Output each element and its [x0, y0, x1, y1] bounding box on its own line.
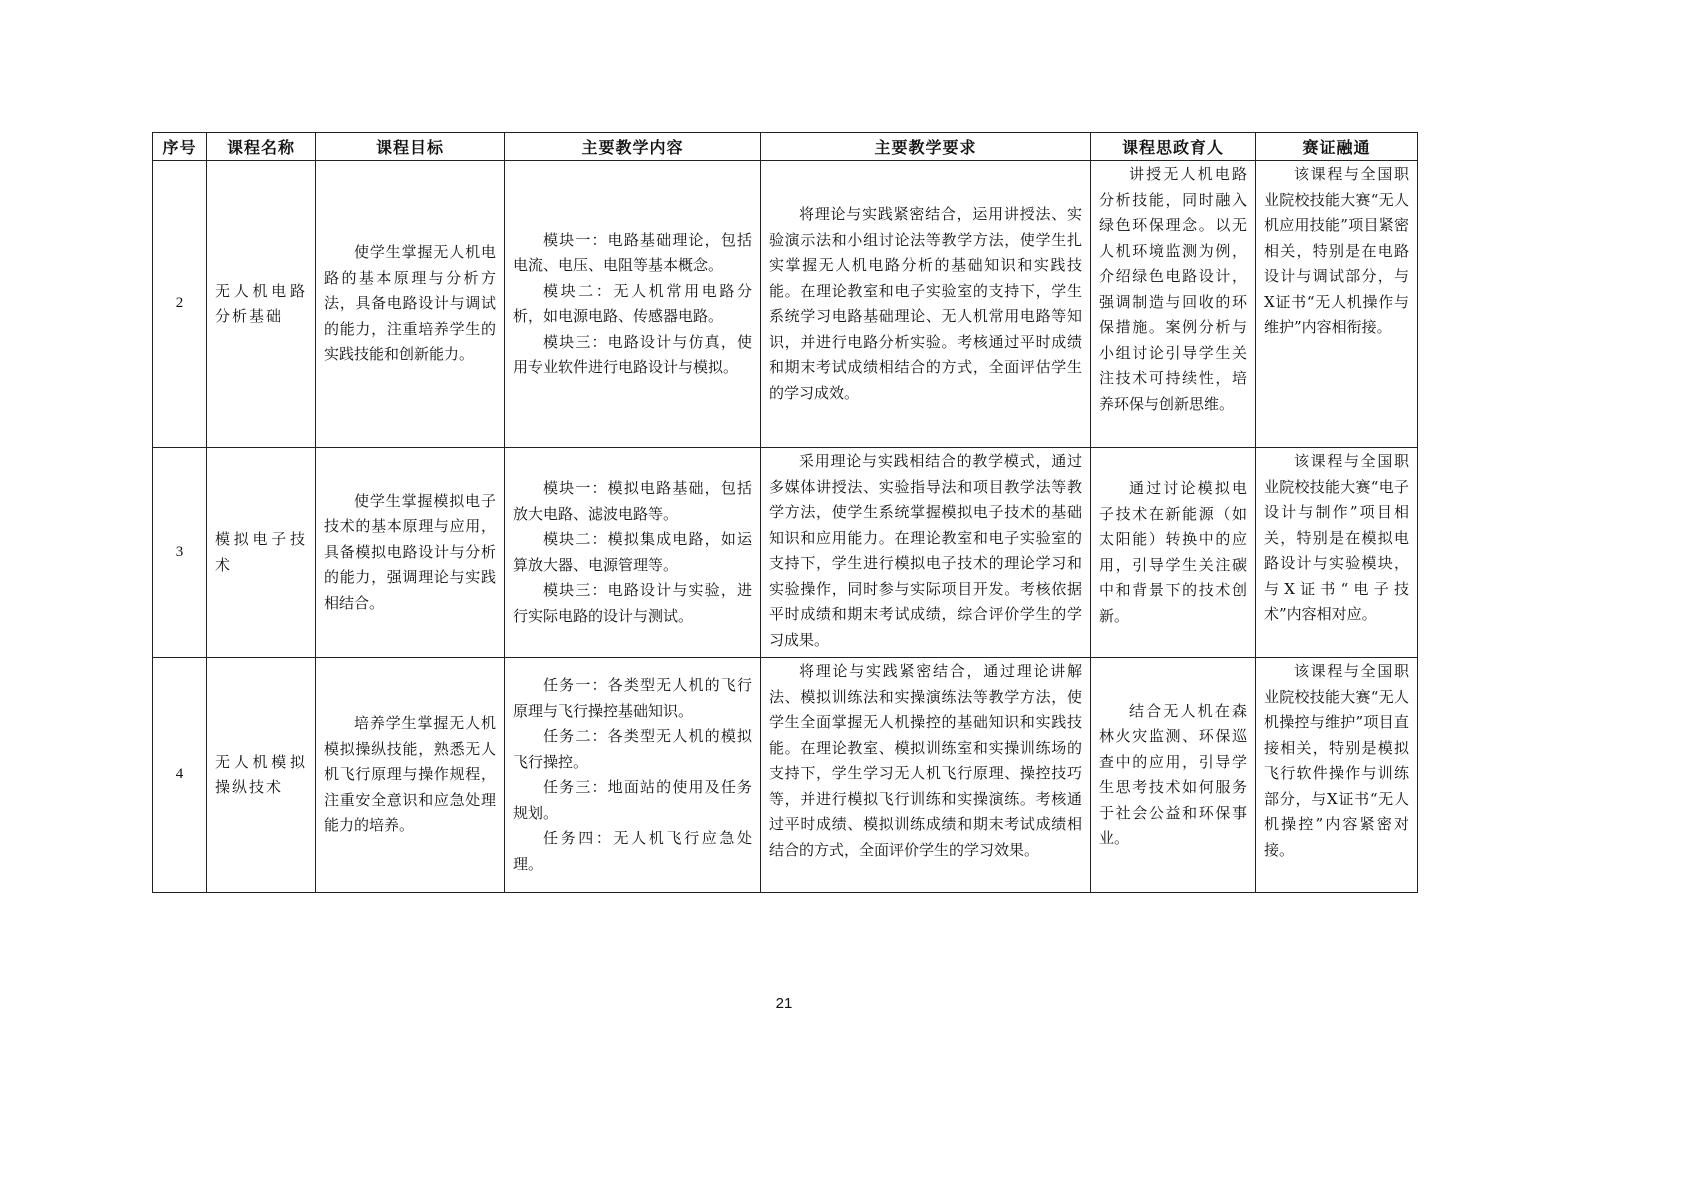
- content-item: 模块二：无人机常用电路分析，如电源电路、传感器电路。: [513, 279, 752, 330]
- requirements-text: 将理论与实践紧密结合，通过理论讲解法、模拟训练法和实操演练法等教学方法，使学生全…: [769, 659, 1082, 863]
- table-row: 3 模拟电子技术 使学生掌握模拟电子技术的基本原理与应用，具备模拟电路设计与分析…: [153, 448, 1418, 658]
- header-course-goal: 课程目标: [316, 133, 505, 161]
- competition-text: 该课程与全国职业院校技能大赛“无人机操控与维护”项目直接相关，特别是模拟飞行软件…: [1264, 659, 1409, 863]
- header-seq: 序号: [153, 133, 207, 161]
- table-row: 2 无人机电路分析基础 使学生掌握无人机电路的基本原理与分析方法，具备电路设计与…: [153, 161, 1418, 448]
- content-item: 模块三：电路设计与实验，进行实际电路的设计与测试。: [513, 578, 752, 629]
- cell-course-goal: 使学生掌握模拟电子技术的基本原理与应用，具备模拟电路设计与分析的能力，强调理论与…: [316, 448, 505, 658]
- cell-teaching-content: 模块一：模拟电路基础，包括放大电路、滤波电路等。 模块二：模拟集成电路，如运算放…: [505, 448, 761, 658]
- ideology-text: 讲授无人机电路分析技能，同时融入绿色环保理念。以无人机环境监测为例，介绍绿色电路…: [1099, 162, 1247, 417]
- ideology-text: 结合无人机在森林火灾监测、环保巡查中的应用，引导学生思考技术如何服务于社会公益和…: [1099, 699, 1247, 852]
- content-item: 任务二：各类型无人机的模拟飞行操控。: [513, 724, 752, 775]
- header-course-name: 课程名称: [207, 133, 316, 161]
- cell-competition-certificate: 该课程与全国职业院校技能大赛“无人机操控与维护”项目直接相关，特别是模拟飞行软件…: [1256, 658, 1418, 893]
- cell-seq: 4: [153, 658, 207, 893]
- header-competition-certificate: 赛证融通: [1256, 133, 1418, 161]
- cell-competition-certificate: 该课程与全国职业院校技能大赛“无人机应用技能”项目紧密相关，特别是在电路设计与调…: [1256, 161, 1418, 448]
- cell-seq: 2: [153, 161, 207, 448]
- cell-course-goal: 使学生掌握无人机电路的基本原理与分析方法，具备电路设计与调试的能力，注重培养学生…: [316, 161, 505, 448]
- cell-ideology-education: 通过讨论模拟电子技术在新能源（如太阳能）转换中的应用，引导学生关注碳中和背景下的…: [1091, 448, 1256, 658]
- competition-text: 该课程与全国职业院校技能大赛“无人机应用技能”项目紧密相关，特别是在电路设计与调…: [1264, 162, 1409, 341]
- course-table: 序号 课程名称 课程目标 主要教学内容 主要教学要求 课程思政育人 赛证融通 2…: [152, 132, 1418, 893]
- content-item: 模块二：模拟集成电路，如运算放大器、电源管理等。: [513, 527, 752, 578]
- table-row: 4 无人机模拟操纵技术 培养学生掌握无人机模拟操纵技能，熟悉无人机飞行原理与操作…: [153, 658, 1418, 893]
- header-teaching-content: 主要教学内容: [505, 133, 761, 161]
- cell-teaching-content: 任务一：各类型无人机的飞行原理与飞行操控基础知识。 任务二：各类型无人机的模拟飞…: [505, 658, 761, 893]
- cell-course-name: 模拟电子技术: [207, 448, 316, 658]
- content-item: 任务四：无人机飞行应急处理。: [513, 826, 752, 877]
- cell-teaching-requirements: 将理论与实践紧密结合，运用讲授法、实验演示法和小组讨论法等教学方法，使学生扎实掌…: [761, 161, 1091, 448]
- cell-ideology-education: 结合无人机在森林火灾监测、环保巡查中的应用，引导学生思考技术如何服务于社会公益和…: [1091, 658, 1256, 893]
- document-page: 序号 课程名称 课程目标 主要教学内容 主要教学要求 课程思政育人 赛证融通 2…: [0, 0, 1684, 1191]
- goal-text: 使学生掌握模拟电子技术的基本原理与应用，具备模拟电路设计与分析的能力，强调理论与…: [324, 489, 496, 617]
- content-item: 任务三：地面站的使用及任务规划。: [513, 775, 752, 826]
- requirements-text: 将理论与实践紧密结合，运用讲授法、实验演示法和小组讨论法等教学方法，使学生扎实掌…: [769, 202, 1082, 406]
- content-item: 模块三：电路设计与仿真，使用专业软件进行电路设计与模拟。: [513, 330, 752, 381]
- cell-teaching-content: 模块一：电路基础理论，包括电流、电压、电阻等基本概念。 模块二：无人机常用电路分…: [505, 161, 761, 448]
- content-item: 模块一：模拟电路基础，包括放大电路、滤波电路等。: [513, 476, 752, 527]
- header-teaching-requirements: 主要教学要求: [761, 133, 1091, 161]
- header-ideology-education: 课程思政育人: [1091, 133, 1256, 161]
- content-item: 任务一：各类型无人机的飞行原理与飞行操控基础知识。: [513, 673, 752, 724]
- content-item: 模块一：电路基础理论，包括电流、电压、电阻等基本概念。: [513, 228, 752, 279]
- cell-course-goal: 培养学生掌握无人机模拟操纵技能，熟悉无人机飞行原理与操作规程，注重安全意识和应急…: [316, 658, 505, 893]
- table-header-row: 序号 课程名称 课程目标 主要教学内容 主要教学要求 课程思政育人 赛证融通: [153, 133, 1418, 161]
- requirements-text: 采用理论与实践相结合的教学模式，通过多媒体讲授法、实验指导法和项目教学法等教学方…: [769, 449, 1082, 653]
- page-number: 21: [774, 995, 794, 1012]
- cell-ideology-education: 讲授无人机电路分析技能，同时融入绿色环保理念。以无人机环境监测为例，介绍绿色电路…: [1091, 161, 1256, 448]
- goal-text: 使学生掌握无人机电路的基本原理与分析方法，具备电路设计与调试的能力，注重培养学生…: [324, 240, 496, 368]
- cell-competition-certificate: 该课程与全国职业院校技能大赛“电子设计与制作”项目相关，特别是在模拟电路设计与实…: [1256, 448, 1418, 658]
- competition-text: 该课程与全国职业院校技能大赛“电子设计与制作”项目相关，特别是在模拟电路设计与实…: [1264, 449, 1409, 628]
- goal-text: 培养学生掌握无人机模拟操纵技能，熟悉无人机飞行原理与操作规程，注重安全意识和应急…: [324, 711, 496, 839]
- cell-seq: 3: [153, 448, 207, 658]
- cell-teaching-requirements: 将理论与实践紧密结合，通过理论讲解法、模拟训练法和实操演练法等教学方法，使学生全…: [761, 658, 1091, 893]
- cell-teaching-requirements: 采用理论与实践相结合的教学模式，通过多媒体讲授法、实验指导法和项目教学法等教学方…: [761, 448, 1091, 658]
- ideology-text: 通过讨论模拟电子技术在新能源（如太阳能）转换中的应用，引导学生关注碳中和背景下的…: [1099, 476, 1247, 629]
- cell-course-name: 无人机电路分析基础: [207, 161, 316, 448]
- cell-course-name: 无人机模拟操纵技术: [207, 658, 316, 893]
